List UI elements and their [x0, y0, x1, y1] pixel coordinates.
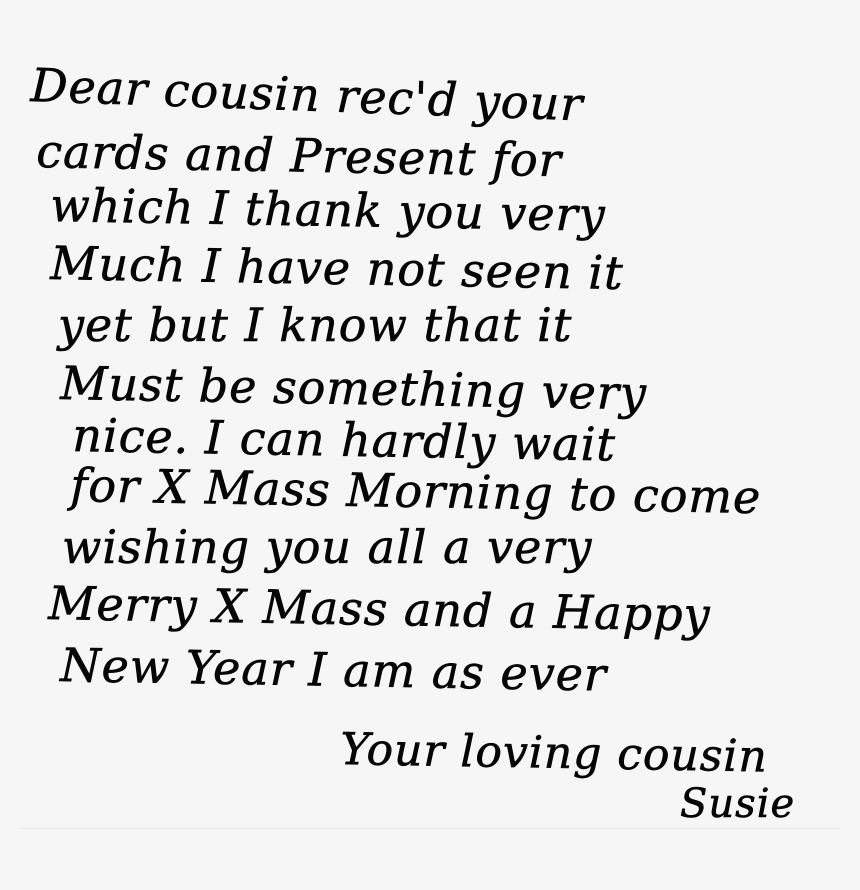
letter-line-6: Must be something very: [60, 360, 647, 416]
letter-line-1: Dear cousin rec'd your: [30, 62, 584, 127]
letter-line-9: wishing you all a very: [62, 524, 592, 570]
letter-line-5: yet but I know that it: [58, 302, 572, 348]
letter-line-10: Merry X Mass and a Happy: [48, 580, 711, 638]
letter-line-3: which I thank you very: [50, 182, 606, 238]
letter-line-11: New Year I am as ever: [60, 642, 607, 698]
paper-edge-rule: [20, 828, 840, 829]
handwritten-letter: Dear cousin rec'd your cards and Present…: [0, 0, 860, 890]
letter-line-2: cards and Present for: [36, 128, 562, 183]
letter-line-4: Much I have not seen it: [50, 240, 624, 296]
letter-closing: Your loving cousin: [340, 728, 768, 779]
letter-line-8: for X Mass Morning to come: [70, 462, 762, 520]
letter-signature: Susie: [680, 784, 795, 824]
